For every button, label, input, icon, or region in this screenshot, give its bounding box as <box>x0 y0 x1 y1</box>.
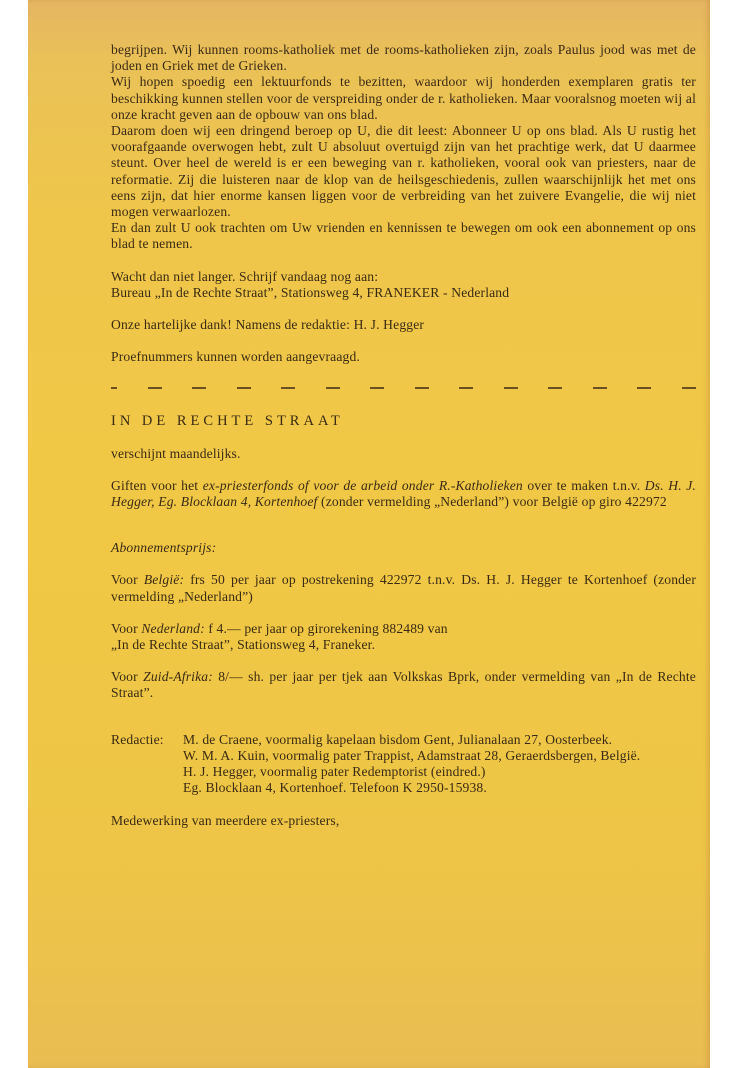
intro-paragraph: Daarom doen wij een dringend beroep op U… <box>111 123 696 220</box>
subscription-heading: Abonnementsprijs: <box>111 540 696 556</box>
editors-block: Redactie: M. de Craene, voormalig kapela… <box>111 732 696 797</box>
cut-line-divider <box>111 387 696 389</box>
cooperation-line: Medewerking van meerdere ex-priesters, <box>111 813 696 829</box>
samples-line: Proefnummers kunnen worden aangevraagd. <box>111 349 696 365</box>
editor-entry: M. de Craene, voormalig kapelaan bisdom … <box>183 732 696 748</box>
subscription-south-africa: Voor Zuid-Afrika: 8/— sh. per jaar per t… <box>111 669 696 701</box>
bureau-address: Bureau „In de Rechte Straat”, Stationswe… <box>111 285 696 301</box>
thanks-line: Onze hartelijke dank! Namens de redaktie… <box>111 317 696 333</box>
masthead-frequency: verschijnt maandelijks. <box>111 446 696 462</box>
call-to-action-line: Wacht dan niet langer. Schrijf vandaag n… <box>111 269 696 285</box>
intro-paragraph: Wij hopen spoedig een lektuurfonds te be… <box>111 74 696 123</box>
page-content: begrijpen. Wij kunnen rooms-katholiek me… <box>111 42 696 829</box>
editor-entry: W. M. A. Kuin, voormalig pater Trappist,… <box>183 748 696 764</box>
editor-address: Eg. Blocklaan 4, Kortenhoef. Telefoon K … <box>183 780 696 796</box>
subscription-belgium: Voor België: frs 50 per jaar op postreke… <box>111 572 696 604</box>
intro-paragraph: En dan zult U ook trachten om Uw vriende… <box>111 220 696 252</box>
editors-label: Redactie: <box>111 732 183 797</box>
printed-page: begrijpen. Wij kunnen rooms-katholiek me… <box>28 0 710 1068</box>
masthead-title: IN DE RECHTE STRAAT <box>111 413 696 429</box>
editor-entry: H. J. Hegger, voormalig pater Redemptori… <box>183 764 696 780</box>
intro-paragraph: begrijpen. Wij kunnen rooms-katholiek me… <box>111 42 696 74</box>
donations-text: Giften voor het ex-priesterfonds of voor… <box>111 478 696 510</box>
subscription-netherlands: Voor Nederland: f 4.— per jaar op girore… <box>111 621 696 653</box>
